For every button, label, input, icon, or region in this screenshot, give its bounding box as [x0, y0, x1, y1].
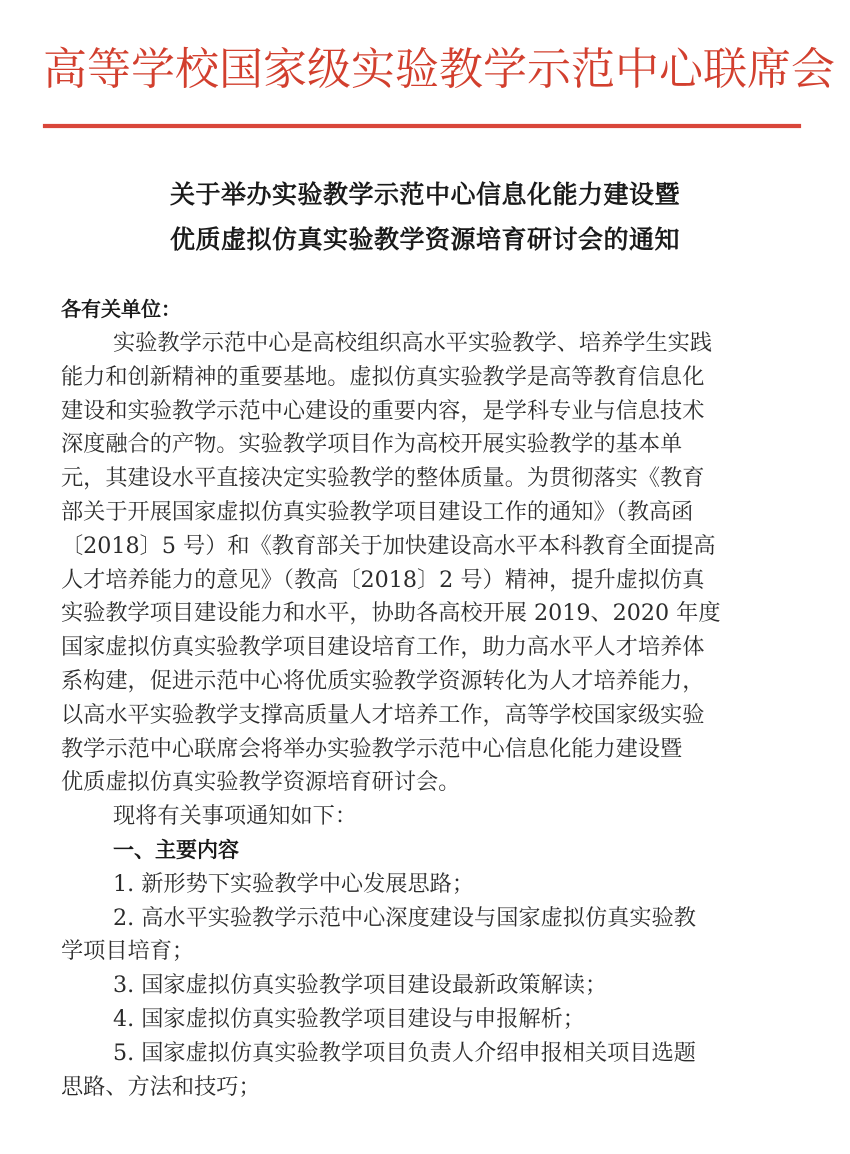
paragraph-line: 能力和创新精神的重要基地。虚拟仿真实验教学是高等教育信息化 [61, 361, 791, 395]
paragraph-line: 人才培养能力的意见》（教高〔2018〕2 号）精神，提升虚拟仿真 [61, 564, 791, 598]
document-title-line-1: 关于举办实验教学示范中心信息化能力建设暨 [0, 172, 850, 217]
paragraph-line: 部关于开展国家虚拟仿真实验教学项目建设工作的通知》（教高函 [61, 496, 791, 530]
section-items-list: 1. 新形势下实验教学中心发展思路； 2. 高水平实验教学示范中心深度建设与国家… [61, 868, 791, 1105]
paragraph-line: 优质虚拟仿真实验教学资源培育研讨会。 [61, 766, 791, 800]
notice-line: 现将有关事项通知如下： [61, 800, 791, 834]
paragraph-line: 深度融合的产物。实验教学项目作为高校开展实验教学的基本单 [61, 428, 791, 462]
paragraph-line: 元，其建设水平直接决定实验教学的整体质量。为贯彻落实《教育 [61, 462, 791, 496]
paragraph-line: 国家虚拟仿真实验教学项目建设培育工作，助力高水平人才培养体 [61, 631, 791, 665]
document-title-line-2: 优质虚拟仿真实验教学资源培育研讨会的通知 [0, 217, 850, 262]
letterhead-org-name: 高等学校国家级实验教学示范中心联席会 [43, 40, 803, 100]
paragraph-line: 教学示范中心联席会将举办实验教学示范中心信息化能力建设暨 [61, 733, 791, 767]
paragraph-line: 建设和实验教学示范中心建设的重要内容，是学科专业与信息技术 [61, 395, 791, 429]
list-item: 3. 国家虚拟仿真实验教学项目建设最新政策解读； [61, 969, 791, 1003]
document-body: 实验教学示范中心是高校组织高水平实验教学、培养学生实践 能力和创新精神的重要基地… [61, 327, 791, 1104]
document-title: 关于举办实验教学示范中心信息化能力建设暨 优质虚拟仿真实验教学资源培育研讨会的通… [0, 172, 850, 262]
paragraph-line: 〔2018〕5 号）和《教育部关于加快建设高水平本科教育全面提高 [61, 530, 791, 564]
list-item: 2. 高水平实验教学示范中心深度建设与国家虚拟仿真实验教 [61, 902, 791, 936]
section-heading-main-content: 一、主要内容 [61, 834, 791, 868]
list-item-continuation: 学项目培育； [61, 935, 791, 969]
list-item-continuation: 思路、方法和技巧； [61, 1071, 791, 1105]
list-item: 5. 国家虚拟仿真实验教学项目负责人介绍申报相关项目选题 [61, 1037, 791, 1071]
intro-paragraph: 实验教学示范中心是高校组织高水平实验教学、培养学生实践 能力和创新精神的重要基地… [61, 327, 791, 800]
letterhead-red-rule [43, 124, 801, 128]
salutation: 各有关单位： [61, 293, 181, 326]
paragraph-line: 以高水平实验教学支撑高质量人才培养工作，高等学校国家级实验 [61, 699, 791, 733]
paragraph-line: 实验教学示范中心是高校组织高水平实验教学、培养学生实践 [61, 327, 791, 361]
list-item: 4. 国家虚拟仿真实验教学项目建设与申报解析； [61, 1003, 791, 1037]
list-item: 1. 新形势下实验教学中心发展思路； [61, 868, 791, 902]
paragraph-line: 实验教学项目建设能力和水平，协助各高校开展 2019、2020 年度 [61, 597, 791, 631]
paragraph-line: 系构建，促进示范中心将优质实验教学资源转化为人才培养能力， [61, 665, 791, 699]
